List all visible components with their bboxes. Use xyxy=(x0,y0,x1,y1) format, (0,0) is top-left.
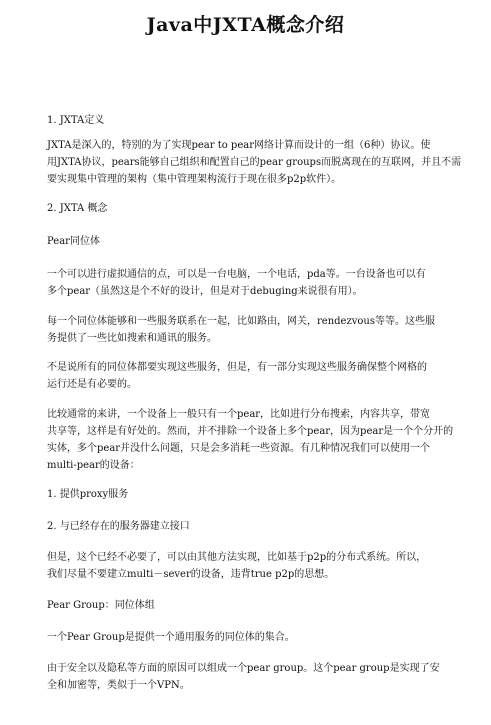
text-line: 共享等，这样是有好处的。然而，并不排除一个设备上多个pear，因为pear是一个… xyxy=(25,423,453,440)
text-line: 比较通常的来讲，一个设备上一般只有一个pear，比如进行分布搜索，内容共享，带宽 xyxy=(25,406,453,423)
paragraph: 一个可以进行虚拟通信的点，可以是一台电脑，一个电话，pda等。一台设备也可以有多… xyxy=(25,266,453,300)
paragraph: 由于安全以及隐私等方面的原因可以组成一个pear group。这个pear gr… xyxy=(25,660,453,694)
text-line: 由于安全以及隐私等方面的原因可以组成一个pear group。这个pear gr… xyxy=(25,660,453,677)
text-line: 一个Pear Group是提供一个通用服务的同位体的集合。 xyxy=(25,629,453,646)
text-line: 务提供了一些比如搜索和通讯的服务。 xyxy=(25,330,453,347)
text-line: 要实现集中管理的架构（集中管理架构流行于现在很多p2p软件）。 xyxy=(25,171,453,188)
text-line: 一个可以进行虚拟通信的点，可以是一台电脑，一个电话，pda等。一台设备也可以有 xyxy=(25,266,453,283)
document-title: Java中JXTA概念介绍 xyxy=(0,10,491,37)
text-line: 1. 提供proxy服务 xyxy=(47,486,475,503)
text-line: 实体，多个pear并没什么问题，只是会多消耗一些资源。有几种情况我们可以使用一个 xyxy=(25,440,453,457)
paragraph: 不是说所有的同位体都要实现这些服务，但是，有一部分实现这些服务确保整个网格的运行… xyxy=(25,359,453,393)
text-line: 1. JXTA定义 xyxy=(47,112,475,129)
paragraph: 比较通常的来讲，一个设备上一般只有一个pear，比如进行分布搜索，内容共享，带宽… xyxy=(25,406,453,474)
section-heading: 1. 提供proxy服务 xyxy=(25,486,475,503)
text-line: JXTA是深入的，特别的为了实现pear to pear网络计算而设计的一组（6… xyxy=(25,137,453,154)
text-line: 2. 与已经存在的服务器建立接口 xyxy=(47,518,475,535)
text-line: 每一个同位体能够和一些服务联系在一起，比如路由，网关，rendezvous等等。… xyxy=(25,313,453,330)
text-line: 我们尽量不要建立multi－sever的设备，违背true p2p的思想。 xyxy=(25,566,453,583)
text-line: Pear Group：同位体组 xyxy=(47,597,475,614)
text-line: Pear同位体 xyxy=(47,233,475,250)
section-heading: 1. JXTA定义 xyxy=(25,112,475,129)
text-line: 不是说所有的同位体都要实现这些服务，但是，有一部分实现这些服务确保整个网格的 xyxy=(25,359,453,376)
text-line: 2. JXTA 概念 xyxy=(47,200,475,217)
section-heading: Pear Group：同位体组 xyxy=(25,597,475,614)
section-heading: 2. 与已经存在的服务器建立接口 xyxy=(25,518,475,535)
section-heading: Pear同位体 xyxy=(25,233,475,250)
section-heading: 2. JXTA 概念 xyxy=(25,200,475,217)
text-line: 全和加密等，类似于一个VPN。 xyxy=(25,677,453,694)
text-line: 运行还是有必要的。 xyxy=(25,376,453,393)
text-line: multi-pear的设备： xyxy=(25,457,453,474)
text-line: 但是，这个已经不必要了，可以由其他方法实现，比如基于p2p的分布式系统。所以， xyxy=(25,549,453,566)
paragraph: 每一个同位体能够和一些服务联系在一起，比如路由，网关，rendezvous等等。… xyxy=(25,313,453,347)
paragraph: 但是，这个已经不必要了，可以由其他方法实现，比如基于p2p的分布式系统。所以，我… xyxy=(25,549,453,583)
paragraph: 一个Pear Group是提供一个通用服务的同位体的集合。 xyxy=(25,629,453,646)
paragraph: JXTA是深入的，特别的为了实现pear to pear网络计算而设计的一组（6… xyxy=(25,137,453,188)
text-line: 用JXTA协议，pears能够自己组织和配置自己的pear groups而脱离现… xyxy=(25,154,453,171)
text-line: 多个pear（虽然这是个不好的设计，但是对于debuging来说很有用）。 xyxy=(25,283,453,300)
